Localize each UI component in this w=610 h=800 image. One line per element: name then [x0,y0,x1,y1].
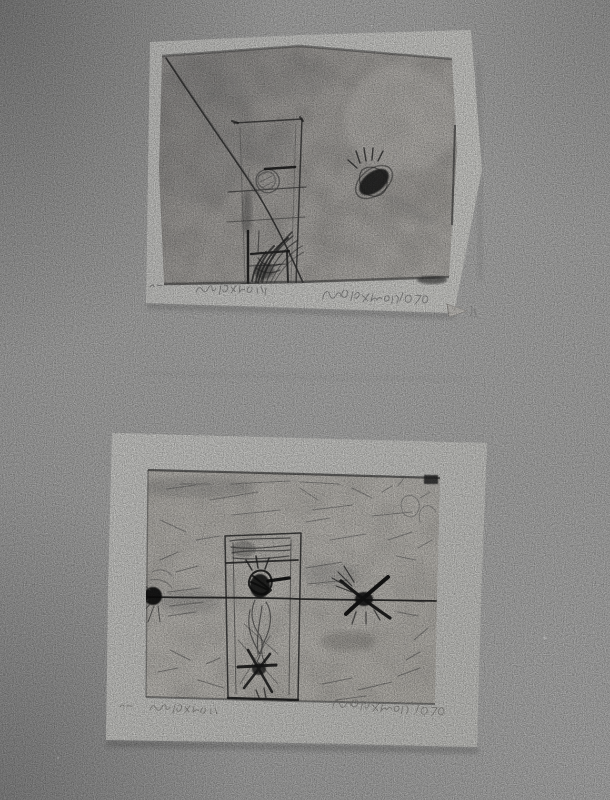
photo-canvas [0,0,610,800]
photograph-of-two-etchings [0,0,610,800]
film-grain-overlay [0,0,610,800]
